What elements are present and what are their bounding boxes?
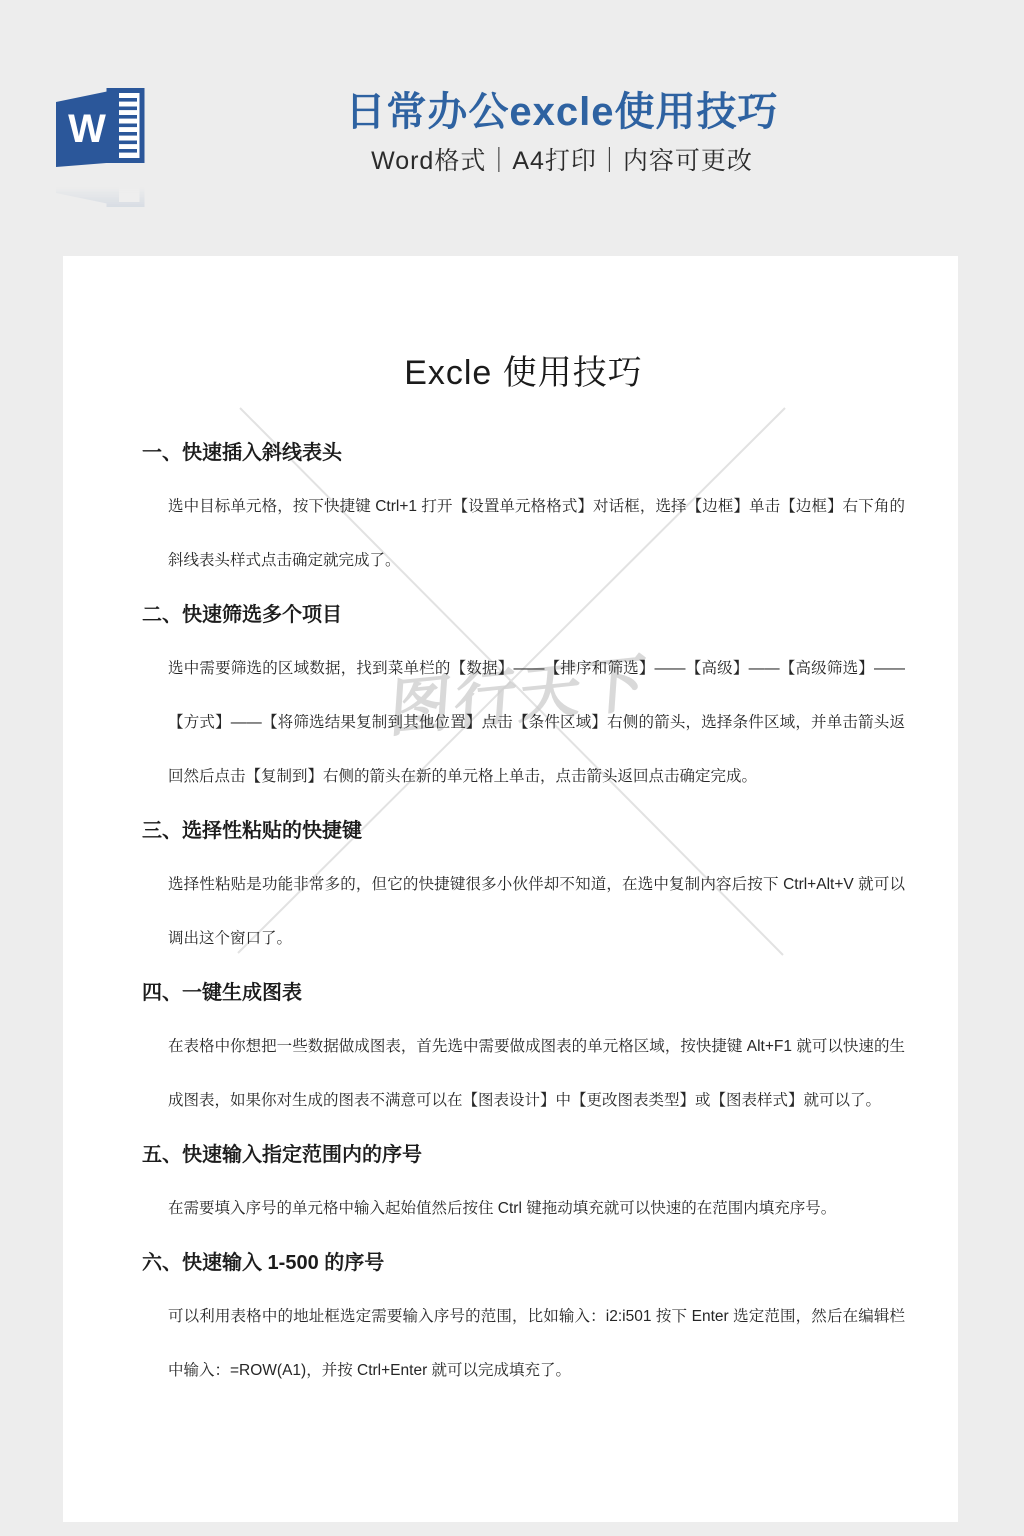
word-icon-letter: W bbox=[68, 107, 106, 151]
page-title: 日常办公excle使用技巧 bbox=[160, 88, 964, 136]
page-subtitle: Word格式｜A4打印｜内容可更改 bbox=[160, 144, 964, 178]
document-preview-card: 图行天下 Excle 使用技巧 一、快速插入斜线表头 选中目标单元格，按下快捷键… bbox=[63, 256, 958, 1522]
section-paragraph: 选中目标单元格，按下快捷键 Ctrl+1 打开【设置单元格格式】对话框，选择【边… bbox=[168, 480, 905, 588]
word-icon-reflection bbox=[56, 169, 150, 209]
section-heading: 六、快速输入 1-500 的序号 bbox=[142, 1236, 905, 1290]
section-paragraph: 选中需要筛选的区域数据，找到菜单栏的【数据】——【排序和筛选】——【高级】——【… bbox=[168, 642, 905, 804]
word-logo-icon: W bbox=[56, 86, 150, 168]
header-text-block: 日常办公excle使用技巧 Word格式｜A4打印｜内容可更改 bbox=[160, 88, 964, 178]
doc-section-5: 五、快速输入指定范围内的序号 在需要填入序号的单元格中输入起始值然后按住 Ctr… bbox=[142, 1128, 905, 1236]
section-heading: 五、快速输入指定范围内的序号 bbox=[142, 1128, 905, 1182]
doc-section-6: 六、快速输入 1-500 的序号 可以利用表格中的地址框选定需要输入序号的范围，… bbox=[142, 1236, 905, 1398]
section-paragraph: 在需要填入序号的单元格中输入起始值然后按住 Ctrl 键拖动填充就可以快速的在范… bbox=[168, 1182, 905, 1236]
page-header: W 日常办公excle使用技巧 Word格式｜A4打印｜内容可更改 bbox=[0, 0, 1024, 256]
section-paragraph: 在表格中你想把一些数据做成图表，首先选中需要做成图表的单元格区域，按快捷键 Al… bbox=[168, 1020, 905, 1128]
section-heading: 二、快速筛选多个项目 bbox=[142, 588, 905, 642]
section-paragraph: 可以利用表格中的地址框选定需要输入序号的范围，比如输入：i2:i501 按下 E… bbox=[168, 1290, 905, 1398]
section-heading: 三、选择性粘贴的快捷键 bbox=[142, 804, 905, 858]
doc-section-3: 三、选择性粘贴的快捷键 选择性粘贴是功能非常多的，但它的快捷键很多小伙伴却不知道… bbox=[142, 804, 905, 966]
document-content: Excle 使用技巧 一、快速插入斜线表头 选中目标单元格，按下快捷键 Ctrl… bbox=[63, 256, 958, 1398]
section-paragraph: 选择性粘贴是功能非常多的，但它的快捷键很多小伙伴却不知道，在选中复制内容后按下 … bbox=[168, 858, 905, 966]
document-title: Excle 使用技巧 bbox=[142, 350, 905, 396]
section-heading: 四、一键生成图表 bbox=[142, 966, 905, 1020]
word-file-icon: W bbox=[56, 86, 150, 209]
doc-section-2: 二、快速筛选多个项目 选中需要筛选的区域数据，找到菜单栏的【数据】——【排序和筛… bbox=[142, 588, 905, 804]
doc-section-1: 一、快速插入斜线表头 选中目标单元格，按下快捷键 Ctrl+1 打开【设置单元格… bbox=[142, 426, 905, 588]
section-heading: 一、快速插入斜线表头 bbox=[142, 426, 905, 480]
doc-section-4: 四、一键生成图表 在表格中你想把一些数据做成图表，首先选中需要做成图表的单元格区… bbox=[142, 966, 905, 1128]
